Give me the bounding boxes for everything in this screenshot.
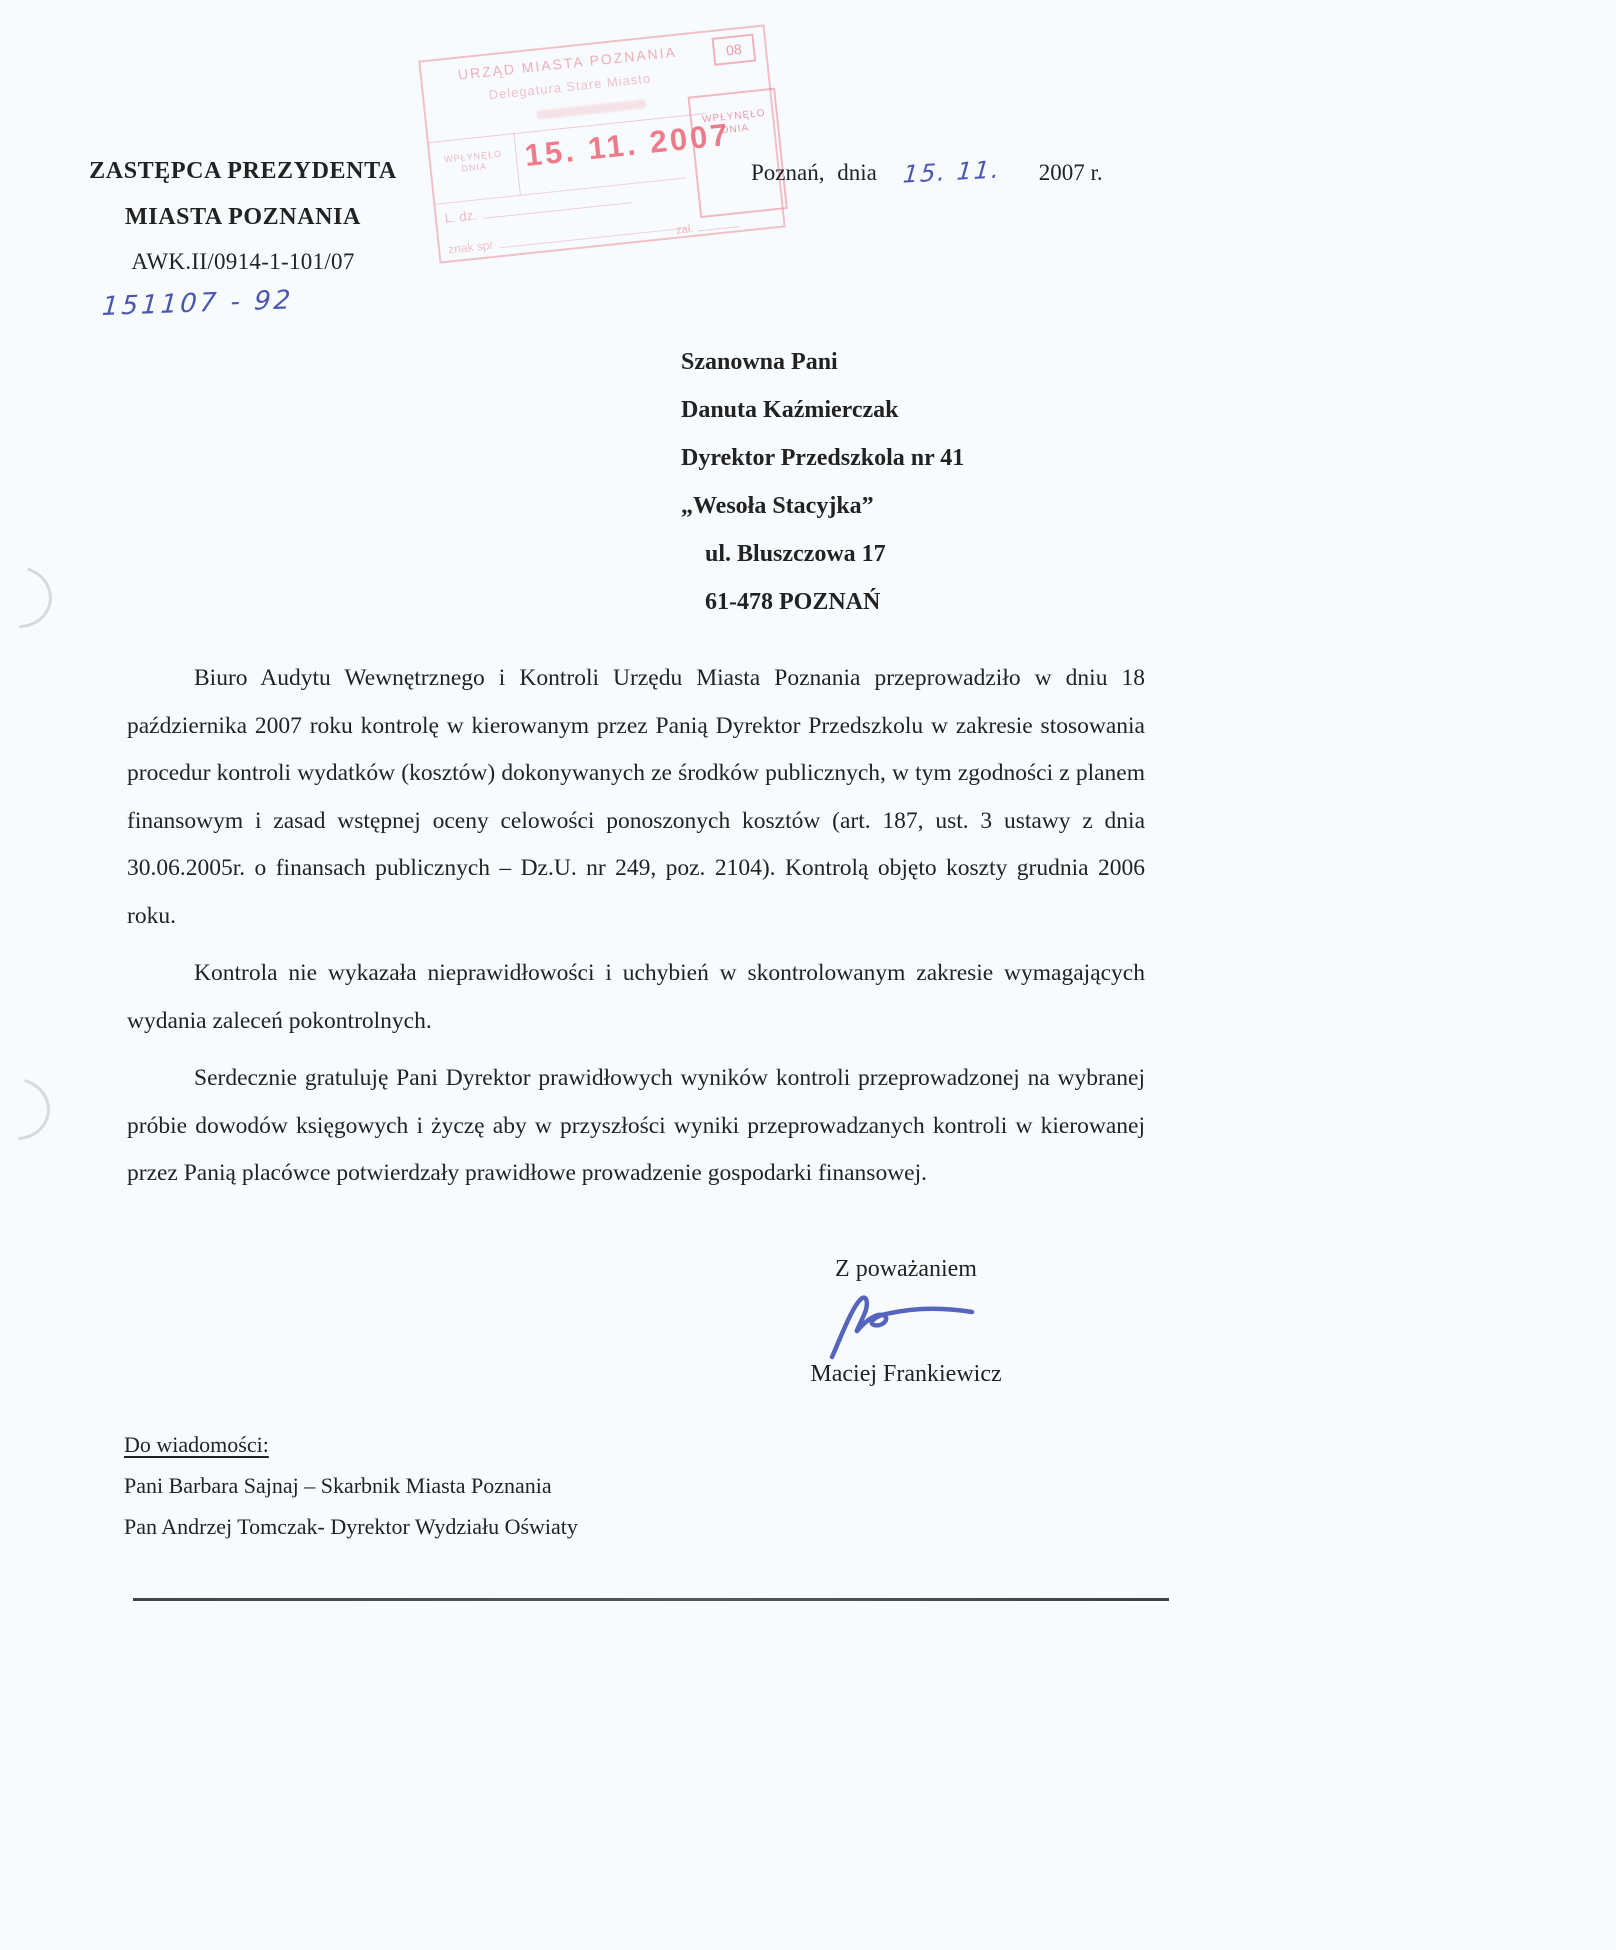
body-paragraph-2: Kontrola nie wykazała nieprawidłowości i… [127, 950, 1145, 1045]
stamp-znak-field: znak spr [447, 218, 687, 257]
cc-label: Do wiadomości: [124, 1432, 578, 1458]
cc-block: Do wiadomości: Pani Barbara Sajnaj – Ska… [124, 1432, 578, 1540]
body-paragraph-1: Biuro Audytu Wewnętrznego i Kontroli Urz… [127, 655, 1145, 940]
signer-name: Maciej Frankiewicz [788, 1361, 1024, 1388]
sender-title-line1: ZASTĘPCA PREZYDENTA [70, 156, 416, 186]
recipient-salutation: Szanowna Pani [681, 338, 964, 386]
closing-block: Z poważaniem Maciej Frankiewicz [788, 1256, 1024, 1388]
cc-recipient-2: Pan Andrzej Tomczak- Dyrektor Wydziału O… [124, 1514, 578, 1540]
dateline: Poznań, dnia15. 11.2007 r. [751, 158, 1103, 186]
page-bottom-rule [133, 1598, 1169, 1601]
letter-page: ZASTĘPCA PREZYDENTA MIASTA POZNANIA AWK.… [0, 0, 1616, 1950]
stamp-znak-label: znak spr [447, 238, 494, 257]
receipt-stamp: URZĄD MIASTA POZNANIA Delegatura Stare M… [418, 24, 785, 263]
recipient-city: 61-478 POZNAŃ [681, 578, 964, 626]
dateline-city: Poznań, dnia [751, 160, 877, 185]
stamp-znak-blank [500, 228, 687, 249]
dateline-year: 2007 r. [1039, 160, 1103, 185]
stamp-received-box-right: WPŁYNĘŁO DNIA [688, 88, 788, 219]
handwritten-date: 15. 11. [902, 155, 1002, 188]
handwritten-reference: 151107 - 92 [69, 281, 417, 323]
recipient-block: Szanowna Pani Danuta Kaźmierczak Dyrekto… [681, 338, 964, 626]
sender-block: ZASTĘPCA PREZYDENTA MIASTA POZNANIA AWK.… [70, 156, 416, 317]
letter-body: Biuro Audytu Wewnętrznego i Kontroli Urz… [127, 655, 1145, 1198]
recipient-title: Dyrektor Przedszkola nr 41 [681, 434, 964, 482]
sender-reference-number: AWK.II/0914-1-101/07 [70, 249, 416, 275]
stamp-zal-blank [698, 226, 740, 231]
scan-artifact-curve [0, 1075, 53, 1144]
signature-ink [816, 1287, 986, 1361]
recipient-street: ul. Bluszczowa 17 [681, 530, 964, 578]
body-paragraph-3: Serdecznie gratuluję Pani Dyrektor prawi… [127, 1055, 1145, 1198]
signature-stroke [832, 1298, 972, 1357]
stamp-received-cell-left: WPŁYNĘŁO DNIA [429, 133, 521, 204]
recipient-name: Danuta Kaźmierczak [681, 386, 964, 434]
stamp-ldz-blank [483, 202, 632, 219]
stamp-code-box: 08 [712, 34, 757, 66]
stamp-illegible-line [536, 99, 646, 119]
scan-artifact-curve [0, 562, 56, 633]
stamp-ldz-label: L. dz. [444, 208, 477, 226]
recipient-institution: „Wesoła Stacyjka” [681, 482, 964, 530]
cc-recipient-1: Pani Barbara Sajnaj – Skarbnik Miasta Po… [124, 1473, 578, 1499]
stamp-zal-label: zał. [676, 223, 694, 237]
closing-salutation: Z poważaniem [788, 1256, 1024, 1283]
sender-title-line2: MIASTA POZNANIA [70, 202, 416, 232]
